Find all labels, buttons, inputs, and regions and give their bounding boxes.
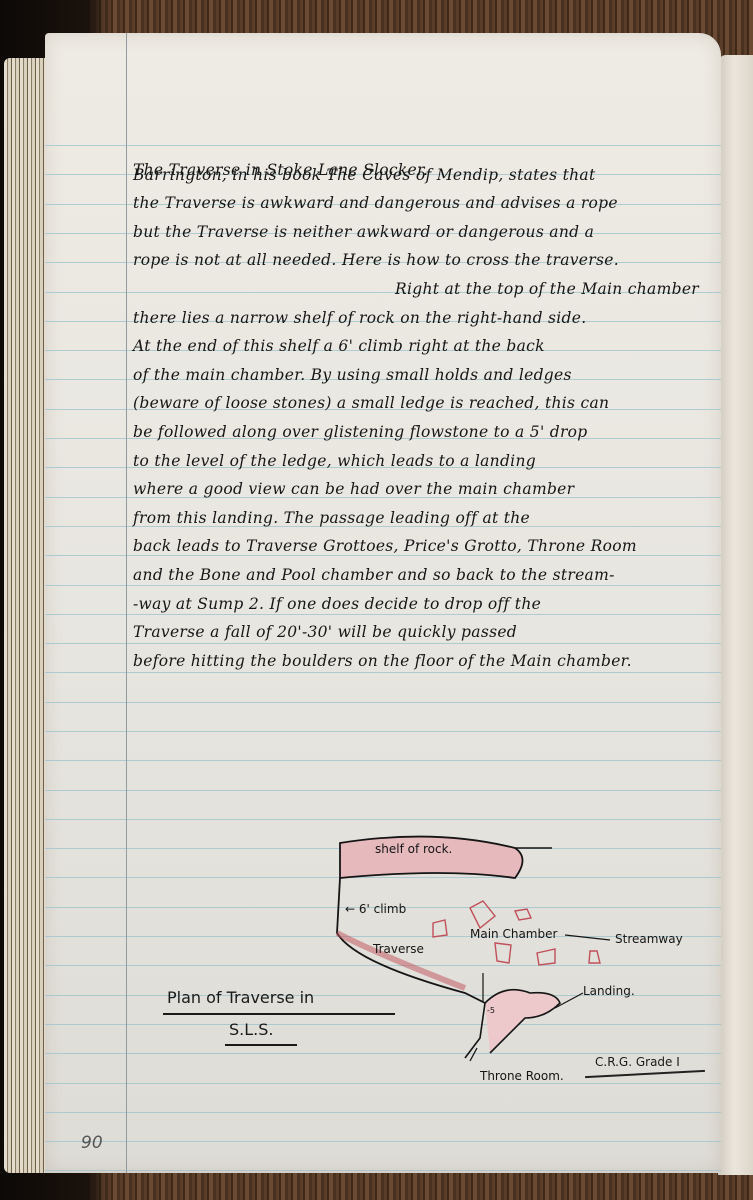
ruled-line (45, 1112, 721, 1113)
ruled-line (45, 614, 721, 615)
text-line: Right at the top of the Main chamber (395, 280, 699, 298)
caption-underline-2 (225, 1044, 297, 1046)
ruled-line (45, 790, 721, 791)
text-line: Traverse a fall of 20'-30' will be quick… (133, 623, 517, 641)
caption-line-2: S.L.S. (229, 1020, 273, 1039)
page-number: 90 (81, 1133, 103, 1153)
margin-line (126, 33, 127, 1173)
caption-line-1: Plan of Traverse in (167, 988, 314, 1007)
landing-shape (485, 990, 560, 1053)
ruled-line (45, 145, 721, 146)
label-streamway: Streamway (615, 932, 683, 946)
ruled-line (45, 1170, 721, 1171)
label-traverse: Traverse (372, 942, 424, 956)
text-line: back leads to Traverse Grottoes, Price's… (133, 537, 637, 555)
text-line: At the end of this shelf a 6' climb righ… (133, 337, 545, 355)
text-line: before hitting the boulders on the floor… (133, 652, 632, 670)
text-line: the Traverse is awkward and dangerous an… (133, 194, 618, 212)
ruled-line (45, 702, 721, 703)
label-drop: -5 (487, 1006, 495, 1015)
text-line: from this landing. The passage leading o… (133, 509, 530, 527)
notebook-page: The Traverse in Stoke Lane Slocker. Barr… (45, 33, 721, 1173)
ruled-line (45, 731, 721, 732)
label-throne-room: Throne Room. (479, 1069, 564, 1083)
label-main-chamber: Main Chamber (470, 927, 557, 941)
text-line: of the main chamber. By using small hold… (133, 366, 572, 384)
ruled-line (45, 819, 721, 820)
ruled-line (45, 760, 721, 761)
text-line: but the Traverse is neither awkward or d… (133, 223, 594, 241)
label-shelf: shelf of rock. (375, 842, 452, 856)
text-line: to the level of the ledge, which leads t… (133, 452, 536, 470)
diagram-caption: Plan of Traverse in S.L.S. (167, 988, 314, 1007)
ruled-line (45, 643, 721, 644)
label-landing: Landing. (583, 984, 635, 998)
text-line: (beware of loose stones) a small ledge i… (133, 394, 609, 412)
facing-page-edge (718, 55, 753, 1175)
ruled-line (45, 555, 721, 556)
text-line: Barrington, in his book The Caves of Men… (133, 166, 596, 184)
text-line: where a good view can be had over the ma… (133, 480, 574, 498)
grade-label: C.R.G. Grade I (595, 1055, 680, 1069)
caption-underline (163, 1013, 395, 1015)
text-line: -way at Sump 2. If one does decide to dr… (133, 595, 541, 613)
text-line: and the Bone and Pool chamber and so bac… (133, 566, 615, 584)
text-line: there lies a narrow shelf of rock on the… (133, 309, 586, 327)
ruled-line (45, 1141, 721, 1142)
text-line: be followed along over glistening flowst… (133, 423, 588, 441)
text-line: rope is not at all needed. Here is how t… (133, 251, 619, 269)
ruled-line (45, 672, 721, 673)
ruled-line (45, 585, 721, 586)
label-climb: ← 6' climb (345, 902, 406, 916)
